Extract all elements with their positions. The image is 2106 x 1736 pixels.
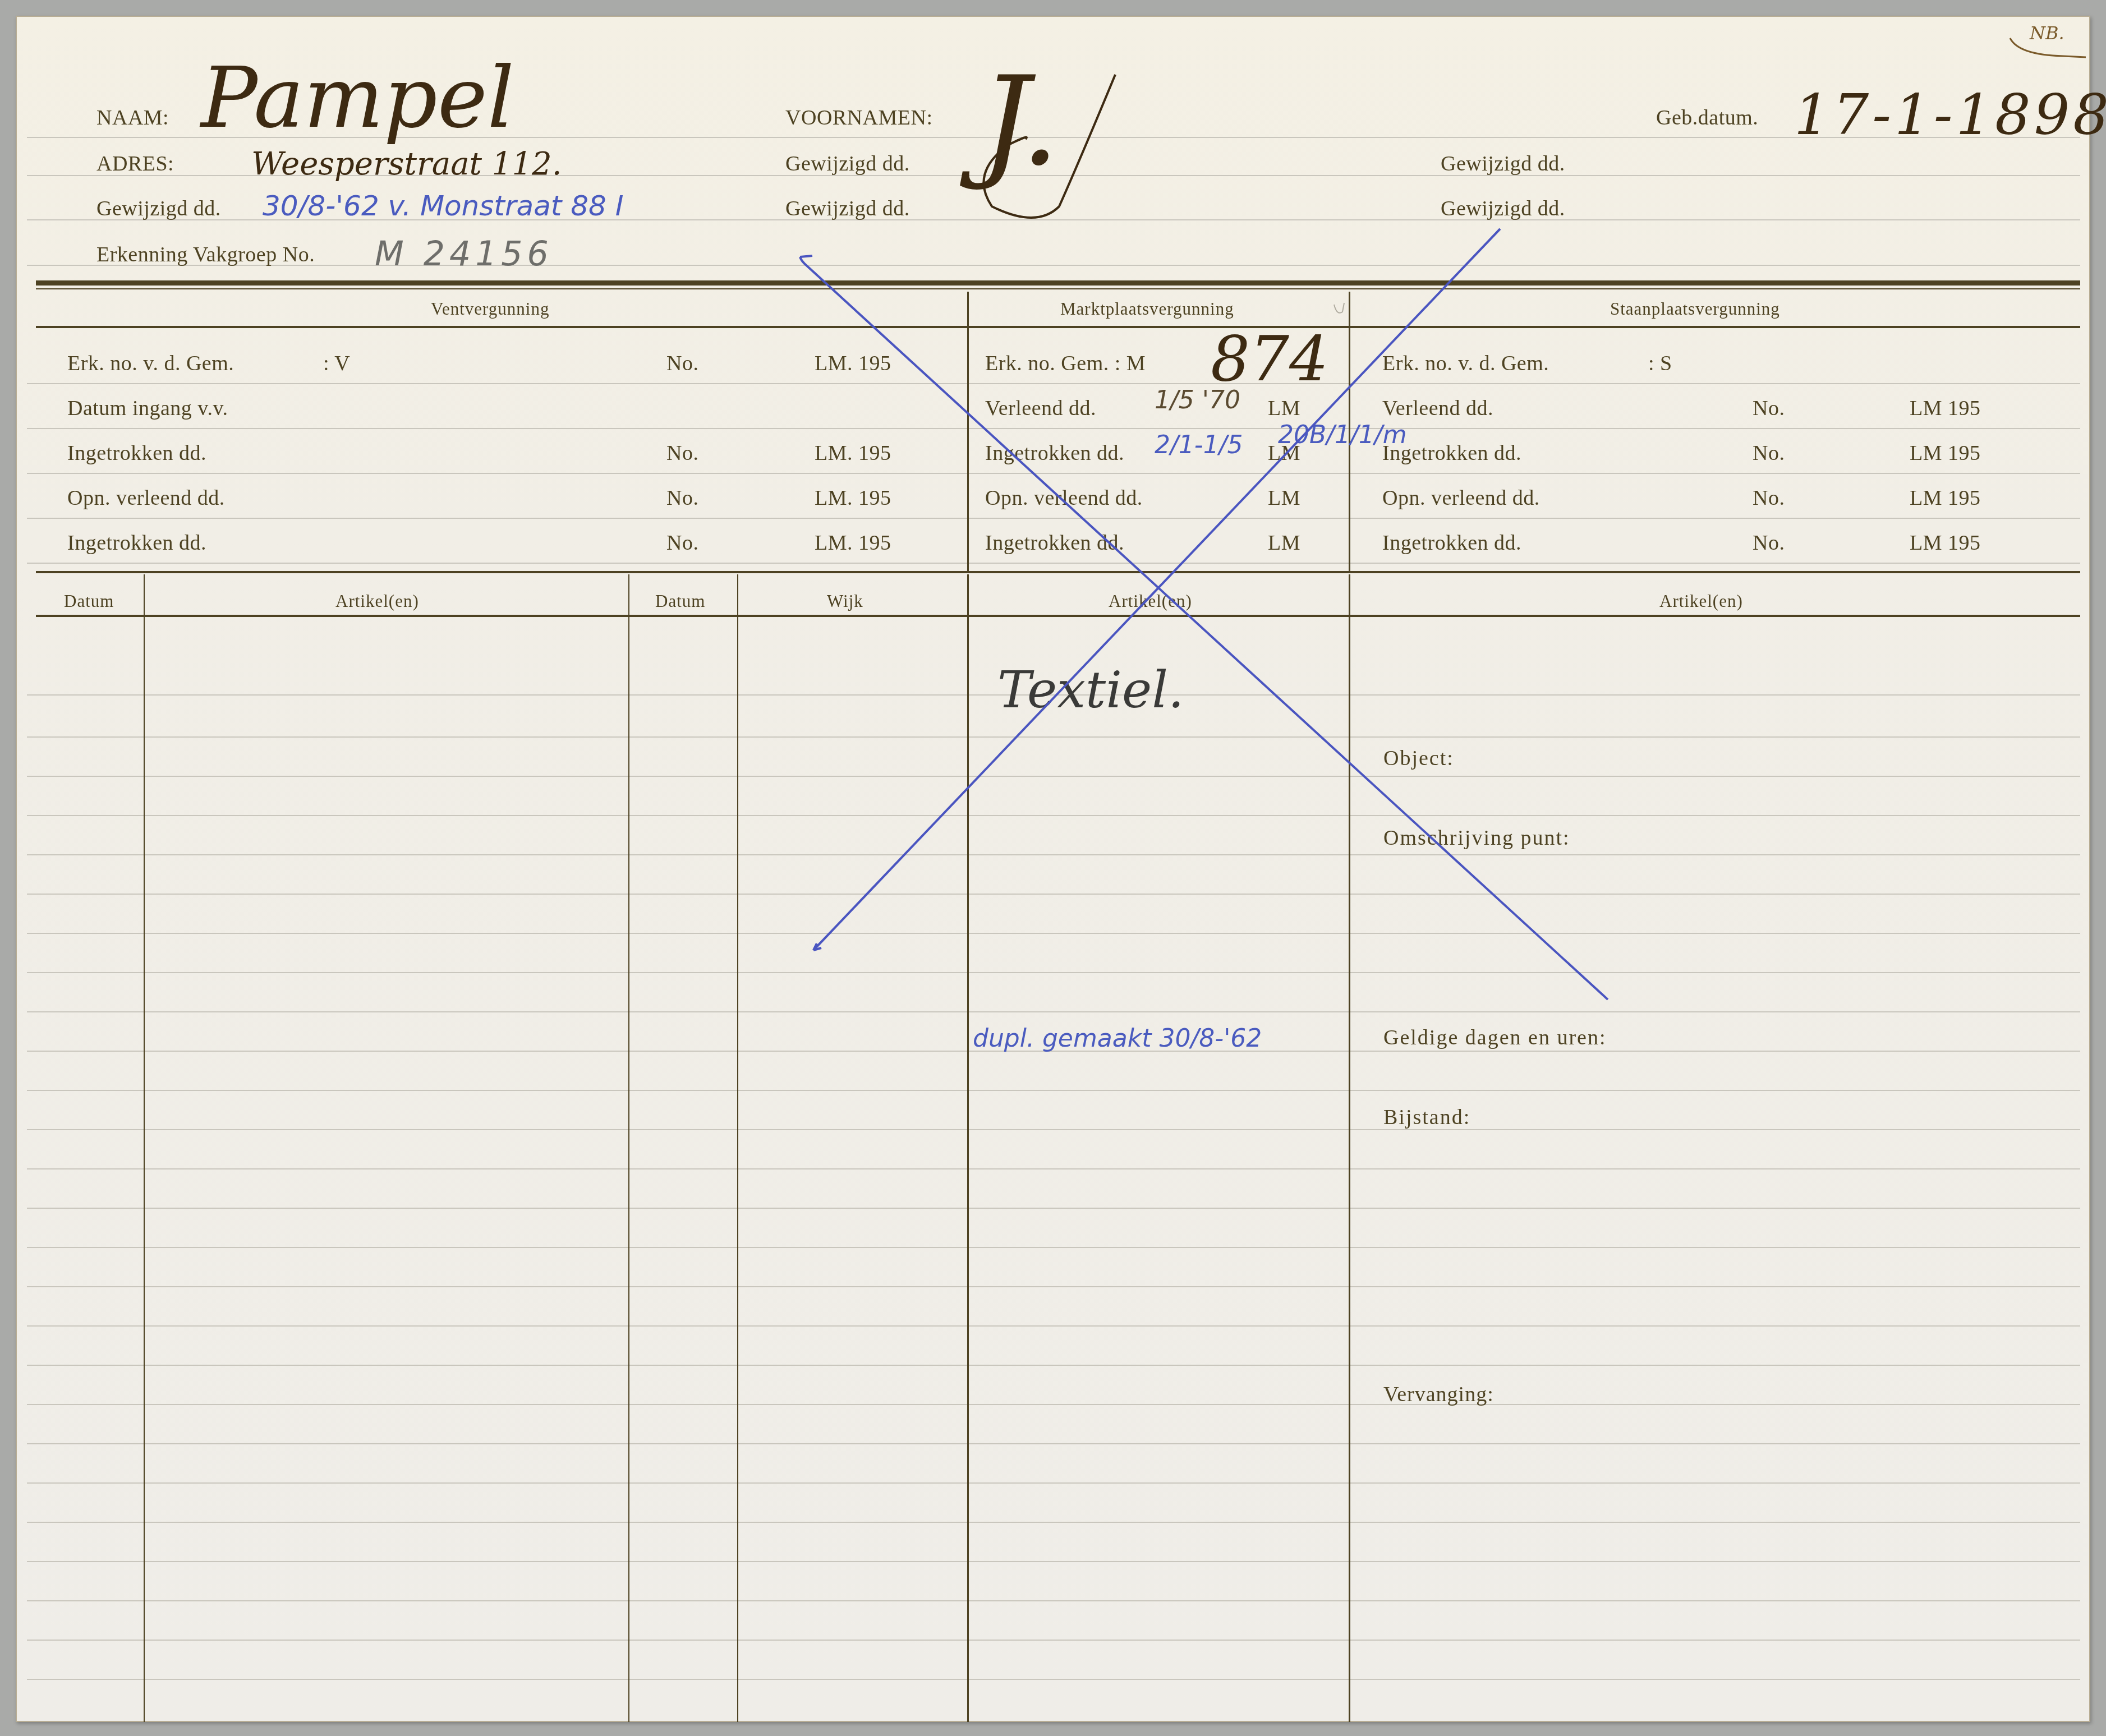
col-header-artikel: Artikel(en) [335, 591, 419, 611]
markt-erk-value: 874 [1211, 323, 1328, 395]
field-omschrijving: Omschrijving punt: [1383, 826, 1570, 850]
staan-row-lm: LM 195 [1910, 486, 1981, 510]
section-title-staan: Staanplaatsvergunning [1610, 299, 1780, 319]
vent-row-no: No. [666, 531, 698, 555]
corner-note: NB. [2030, 22, 2064, 44]
vent-row-no: No. [666, 486, 698, 510]
naam-label: NAAM: [96, 105, 169, 130]
adres-value: Weesperstraat 112. [251, 146, 562, 182]
gebdatum-label: Geb.datum. [1656, 105, 1758, 130]
markt-row-lm: LM [1268, 531, 1300, 555]
vent-row-label: Ingetrokken dd. [67, 441, 206, 466]
vent-row-no: No. [666, 351, 698, 376]
erkenning-value: M 24156 [375, 234, 553, 274]
markt-row-label: Ingetrokken dd. [985, 531, 1124, 555]
vent-row-label: Erk. no. v. d. Gem. [67, 351, 234, 376]
markt-row-label: Ingetrokken dd. [985, 441, 1124, 466]
adres-label: ADRES: [96, 151, 174, 176]
vdivider-vent-markt [967, 292, 969, 571]
gewijzigd-right-1: Gewijzigd dd. [1441, 151, 1565, 176]
vent-row-no: No. [666, 441, 698, 466]
col-header-datum: Datum [64, 591, 114, 611]
col-header-staan-artikel: Artikel(en) [1659, 591, 1743, 611]
markt-ingetrokken-value: 2/1-1/5 [1155, 431, 1243, 459]
markt-row-label: Erk. no. Gem. : M [985, 351, 1146, 376]
voornamen-label: VOORNAMEN: [785, 105, 933, 130]
staan-row-lm: LM 195 [1910, 441, 1981, 466]
staan-row-no: No. [1753, 486, 1785, 510]
vline-wijk [967, 574, 969, 1722]
staan-row-no: No. [1753, 531, 1785, 555]
staan-row-label: Opn. verleend dd. [1382, 486, 1540, 510]
vent-row-lm: LM. 195 [815, 351, 891, 376]
vent-row-label: Ingetrokken dd. [67, 531, 206, 555]
field-vervanging: Vervanging: [1383, 1382, 1494, 1407]
staan-row-label: Ingetrokken dd. [1382, 531, 1521, 555]
registration-card: NAAM: Pampel ADRES: Weesperstraat 112. G… [16, 16, 2090, 1722]
vline-datum [144, 574, 145, 1722]
field-object: Object: [1383, 746, 1454, 771]
voornamen-value: J. [981, 49, 1060, 193]
staan-row-code: : S [1648, 351, 1672, 376]
vent-row-lm: LM. 195 [815, 486, 891, 510]
col-header-datum2: Datum [655, 591, 705, 611]
vent-row-lm: LM. 195 [815, 441, 891, 466]
gewijzigd-label: Gewijzigd dd. [96, 196, 221, 221]
staan-row-label: Ingetrokken dd. [1382, 441, 1521, 466]
cross-out-mark [16, 16, 2090, 1722]
divider-lower-header [36, 615, 2080, 617]
staan-row-label: Verleend dd. [1382, 396, 1493, 421]
staan-row-no: No. [1753, 396, 1785, 421]
markt-row-label: Opn. verleend dd. [985, 486, 1143, 510]
field-bijstand: Bijstand: [1383, 1105, 1470, 1130]
gewijzigd-mid-1: Gewijzigd dd. [785, 151, 910, 176]
gewijzigd-value: 30/8-'62 v. Monstraat 88 I [263, 190, 624, 222]
gewijzigd-mid-2: Gewijzigd dd. [785, 196, 910, 221]
divider-top [36, 280, 2080, 286]
markt-row-lm: LM [1268, 396, 1300, 421]
divider-section-header [36, 326, 2080, 328]
gebdatum-value: 17-1-1898 [1794, 82, 2106, 148]
section-title-markt: Marktplaatsvergunning [1060, 299, 1234, 319]
duplicate-note: dupl. gemaakt 30/8-'62 [973, 1024, 1262, 1053]
section-title-vent: Ventvergunning [431, 299, 549, 319]
markt-row-label: Verleend dd. [985, 396, 1096, 421]
staan-row-label: Erk. no. v. d. Gem. [1382, 351, 1549, 376]
vent-row-lm: LM. 195 [815, 531, 891, 555]
vent-row-label: Opn. verleend dd. [67, 486, 225, 510]
divider-top-thin [36, 288, 2080, 289]
vent-row-label: Datum ingang v.v. [67, 396, 228, 421]
vent-row-code: : V [323, 351, 350, 376]
staan-row-lm: LM 195 [1910, 396, 1981, 421]
markt-row-lm: LM [1268, 486, 1300, 510]
vline-datum2 [737, 574, 738, 1722]
staan-row-no: No. [1753, 441, 1785, 466]
gewijzigd-right-2: Gewijzigd dd. [1441, 196, 1565, 221]
vline-artikel [628, 574, 629, 1722]
col-header-markt-artikel: Artikel(en) [1109, 591, 1192, 611]
staan-row-lm: LM 195 [1910, 531, 1981, 555]
erkenning-label: Erkenning Vakgroep No. [96, 242, 315, 267]
naam-value: Pampel [201, 49, 514, 147]
vline-markt-artikel [1349, 574, 1350, 1722]
field-geldige-dagen: Geldige dagen en uren: [1383, 1025, 1606, 1050]
col-header-wijk: Wijk [827, 591, 863, 611]
markt-artikel-value: Textiel. [997, 661, 1184, 720]
markt-verleend-value: 1/5 '70 [1155, 386, 1240, 415]
divider-lower-table [36, 571, 2080, 573]
